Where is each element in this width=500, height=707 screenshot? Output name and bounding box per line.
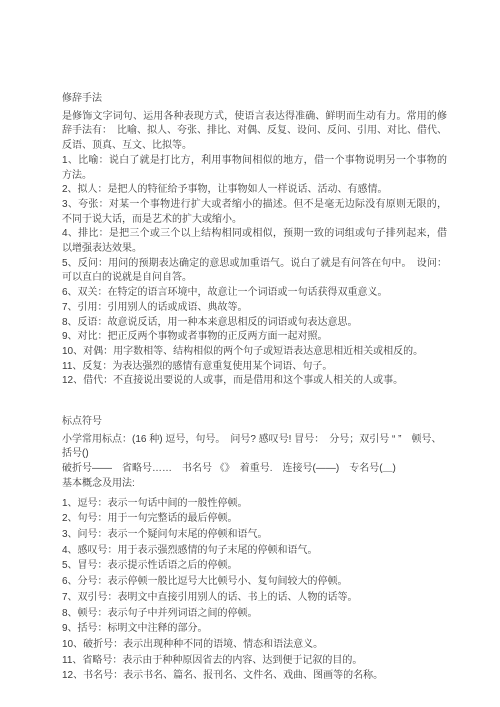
rhetoric-item-9: 9、对比：把正反两个事物或者事物的正反两方面一起对照。 (62, 330, 447, 345)
rhetoric-item-2: 2、拟人：是把人的特征给予事物，让事物如人一样说话、活动、有感情。 (62, 183, 447, 198)
punctuation-item-12: 12、书名号：表示书名、篇名、报刊名、文件名、戏曲、图画等的名称。 (62, 669, 447, 684)
rhetoric-item-4: 4、排比：是把三个或三个以上结构相同或相似，预期一致的词组或句子排列起来，借以增… (62, 227, 447, 256)
rhetoric-item-5: 5、反问：用问的预期表达确定的意思或加重语气。说白了就是有问答在句中。 设问：可… (62, 257, 447, 286)
punctuation-section: 标点符号 小学常用标点：(16 种) 逗号，句号。 问号? 感叹号! 冒号： 分… (62, 415, 447, 684)
punctuation-common-marks-line-2: 破折号—— 省略号…… 书名号 《》 着重号. 连接号(——) 专名号(＿) (62, 462, 447, 477)
rhetoric-item-3: 3、夸张：对某一个事物进行扩大或者缩小的描述。但不是毫无边际没有原则无限的，不同… (62, 198, 447, 227)
punctuation-item-3: 3、问号：表示一个疑问句末尾的停顿和语气。 (62, 528, 447, 543)
punctuation-common-marks-line-1: 小学常用标点：(16 种) 逗号，句号。 问号? 感叹号! 冒号： 分号；双引号… (62, 433, 447, 462)
rhetoric-item-12: 12、借代：不直接说出要说的人或事，而是借用和这个事或人相关的人或事。 (62, 374, 447, 389)
punctuation-item-8: 8、顿号：表示句子中并列词语之间的停顿。 (62, 607, 447, 622)
punctuation-item-9: 9、括号：标明文中注释的部分。 (62, 622, 447, 637)
rhetoric-item-11: 11、反复：为表达强烈的感情有意重复使用某个词语、句子。 (62, 360, 447, 375)
punctuation-item-11: 11、省略号：表示由于种种原因省去的内容、达到便于记叙的目的。 (62, 654, 447, 669)
punctuation-item-5: 5、冒号：表示提示性话语之后的停顿。 (62, 559, 447, 574)
rhetoric-item-1: 1、比喻：说白了就是打比方，利用事物间相似的地方，借一个事物说明另一个事物的方法… (62, 154, 447, 183)
punctuation-item-2: 2、句号：用于一句完整话的最后停顿。 (62, 512, 447, 527)
rhetoric-item-8: 8、反语：故意说反话，用一种本来意思相反的词语或句表达意思。 (62, 316, 447, 331)
document-page: 修辞手法 是修饰文字词句、运用各种表现方式，使语言表达得准确、鲜明而生动有力。常… (0, 0, 500, 707)
punctuation-item-7: 7、双引号：表明文中直接引用别人的话、书上的话、人物的话等。 (62, 591, 447, 606)
rhetoric-item-6: 6、双关：在特定的语言环境中，故意让一个词语或一句话获得双重意义。 (62, 286, 447, 301)
punctuation-item-6: 6、分号：表示停顿一般比逗号大比顿号小、复句间较大的停顿。 (62, 575, 447, 590)
punctuation-item-4: 4、感叹号：用于表示强烈感情的句子末尾的停顿和语气。 (62, 544, 447, 559)
punctuation-section-title: 标点符号 (62, 415, 447, 430)
rhetoric-intro-paragraph: 是修饰文字词句、运用各种表现方式，使语言表达得准确、鲜明而生动有力。常用的修辞手… (62, 110, 447, 154)
rhetoric-item-7: 7、引用：引用别人的话或成语、典故等。 (62, 301, 447, 316)
rhetoric-section-title: 修辞手法 (62, 92, 447, 107)
punctuation-usage-subtitle: 基本概念及用法: (62, 477, 447, 492)
rhetoric-section: 修辞手法 是修饰文字词句、运用各种表现方式，使语言表达得准确、鲜明而生动有力。常… (62, 92, 447, 389)
punctuation-item-1: 1、逗号：表示一句话中间的一般性停顿。 (62, 497, 447, 512)
rhetoric-item-10: 10、对偶：用字数相等、结构相似的两个句子或短语表达意思相近相关或相反的。 (62, 345, 447, 360)
punctuation-item-10: 10、破折号：表示出现种种不同的语境、情态和语法意义。 (62, 638, 447, 653)
